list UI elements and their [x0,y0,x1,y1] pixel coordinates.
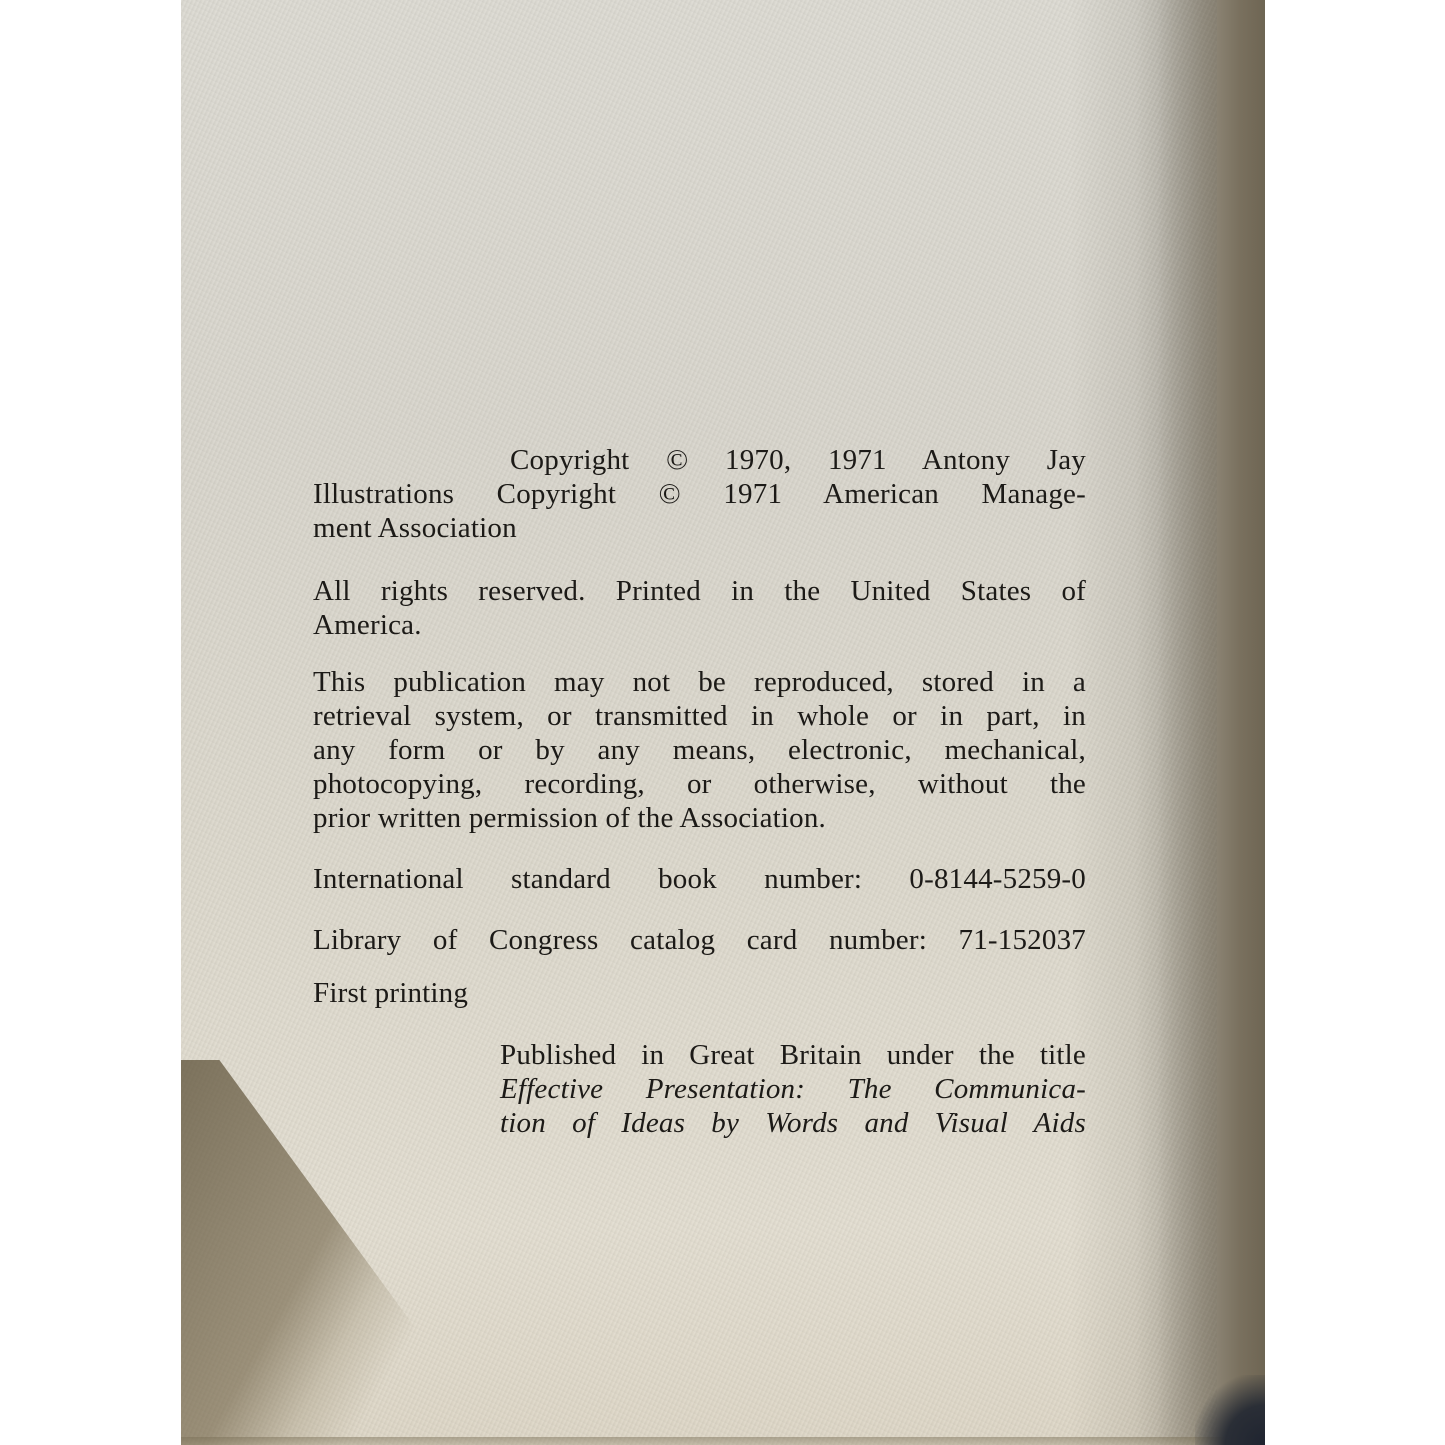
copyright-notice: Copyright © 1970, 1971 Antony Jay Illust… [313,443,1086,545]
copyright-line: Illustrations Copyright © 1971 American … [313,477,1086,511]
reproduction-line: photocopying, recording, or otherwise, w… [313,767,1086,801]
british-edition-title: tion of Ideas by Words and Visual Aids [500,1106,1086,1140]
reproduction-line: This publication may not be reproduced, … [313,665,1086,699]
reproduction-line: retrieval system, or transmitted in whol… [313,699,1086,733]
copyright-line: Copyright © 1970, 1971 Antony Jay [313,443,1086,477]
reproduction-line: any form or by any means, electronic, me… [313,733,1086,767]
hand-shadow [181,1060,501,1445]
reproduction-line: prior written permission of the Associat… [313,801,1086,835]
british-edition-title: Effective Presentation: The Communica- [500,1072,1086,1106]
copyright-line: ment Association [313,511,1086,545]
book-edge [1217,0,1265,1445]
british-edition-note: Published in Great Britain under the tit… [500,1038,1086,1140]
rights-reserved: All rights reserved. Printed in the Unit… [313,574,1086,642]
printing-statement: First printing [313,976,1086,1010]
rights-line: America. [313,608,1086,642]
rights-line: All rights reserved. Printed in the Unit… [313,574,1086,608]
isbn: International standard book number: 0-81… [313,862,1086,896]
lccn-text: Library of Congress catalog card number:… [313,923,1086,957]
reproduction-notice: This publication may not be reproduced, … [313,665,1086,835]
page-curl-shadow [1157,0,1217,1445]
cover-corner [1195,1375,1265,1445]
page-bottom-edge [181,1437,1265,1445]
isbn-text: International standard book number: 0-81… [313,862,1086,896]
british-edition-intro: Published in Great Britain under the tit… [500,1038,1086,1072]
lccn: Library of Congress catalog card number:… [313,923,1086,957]
